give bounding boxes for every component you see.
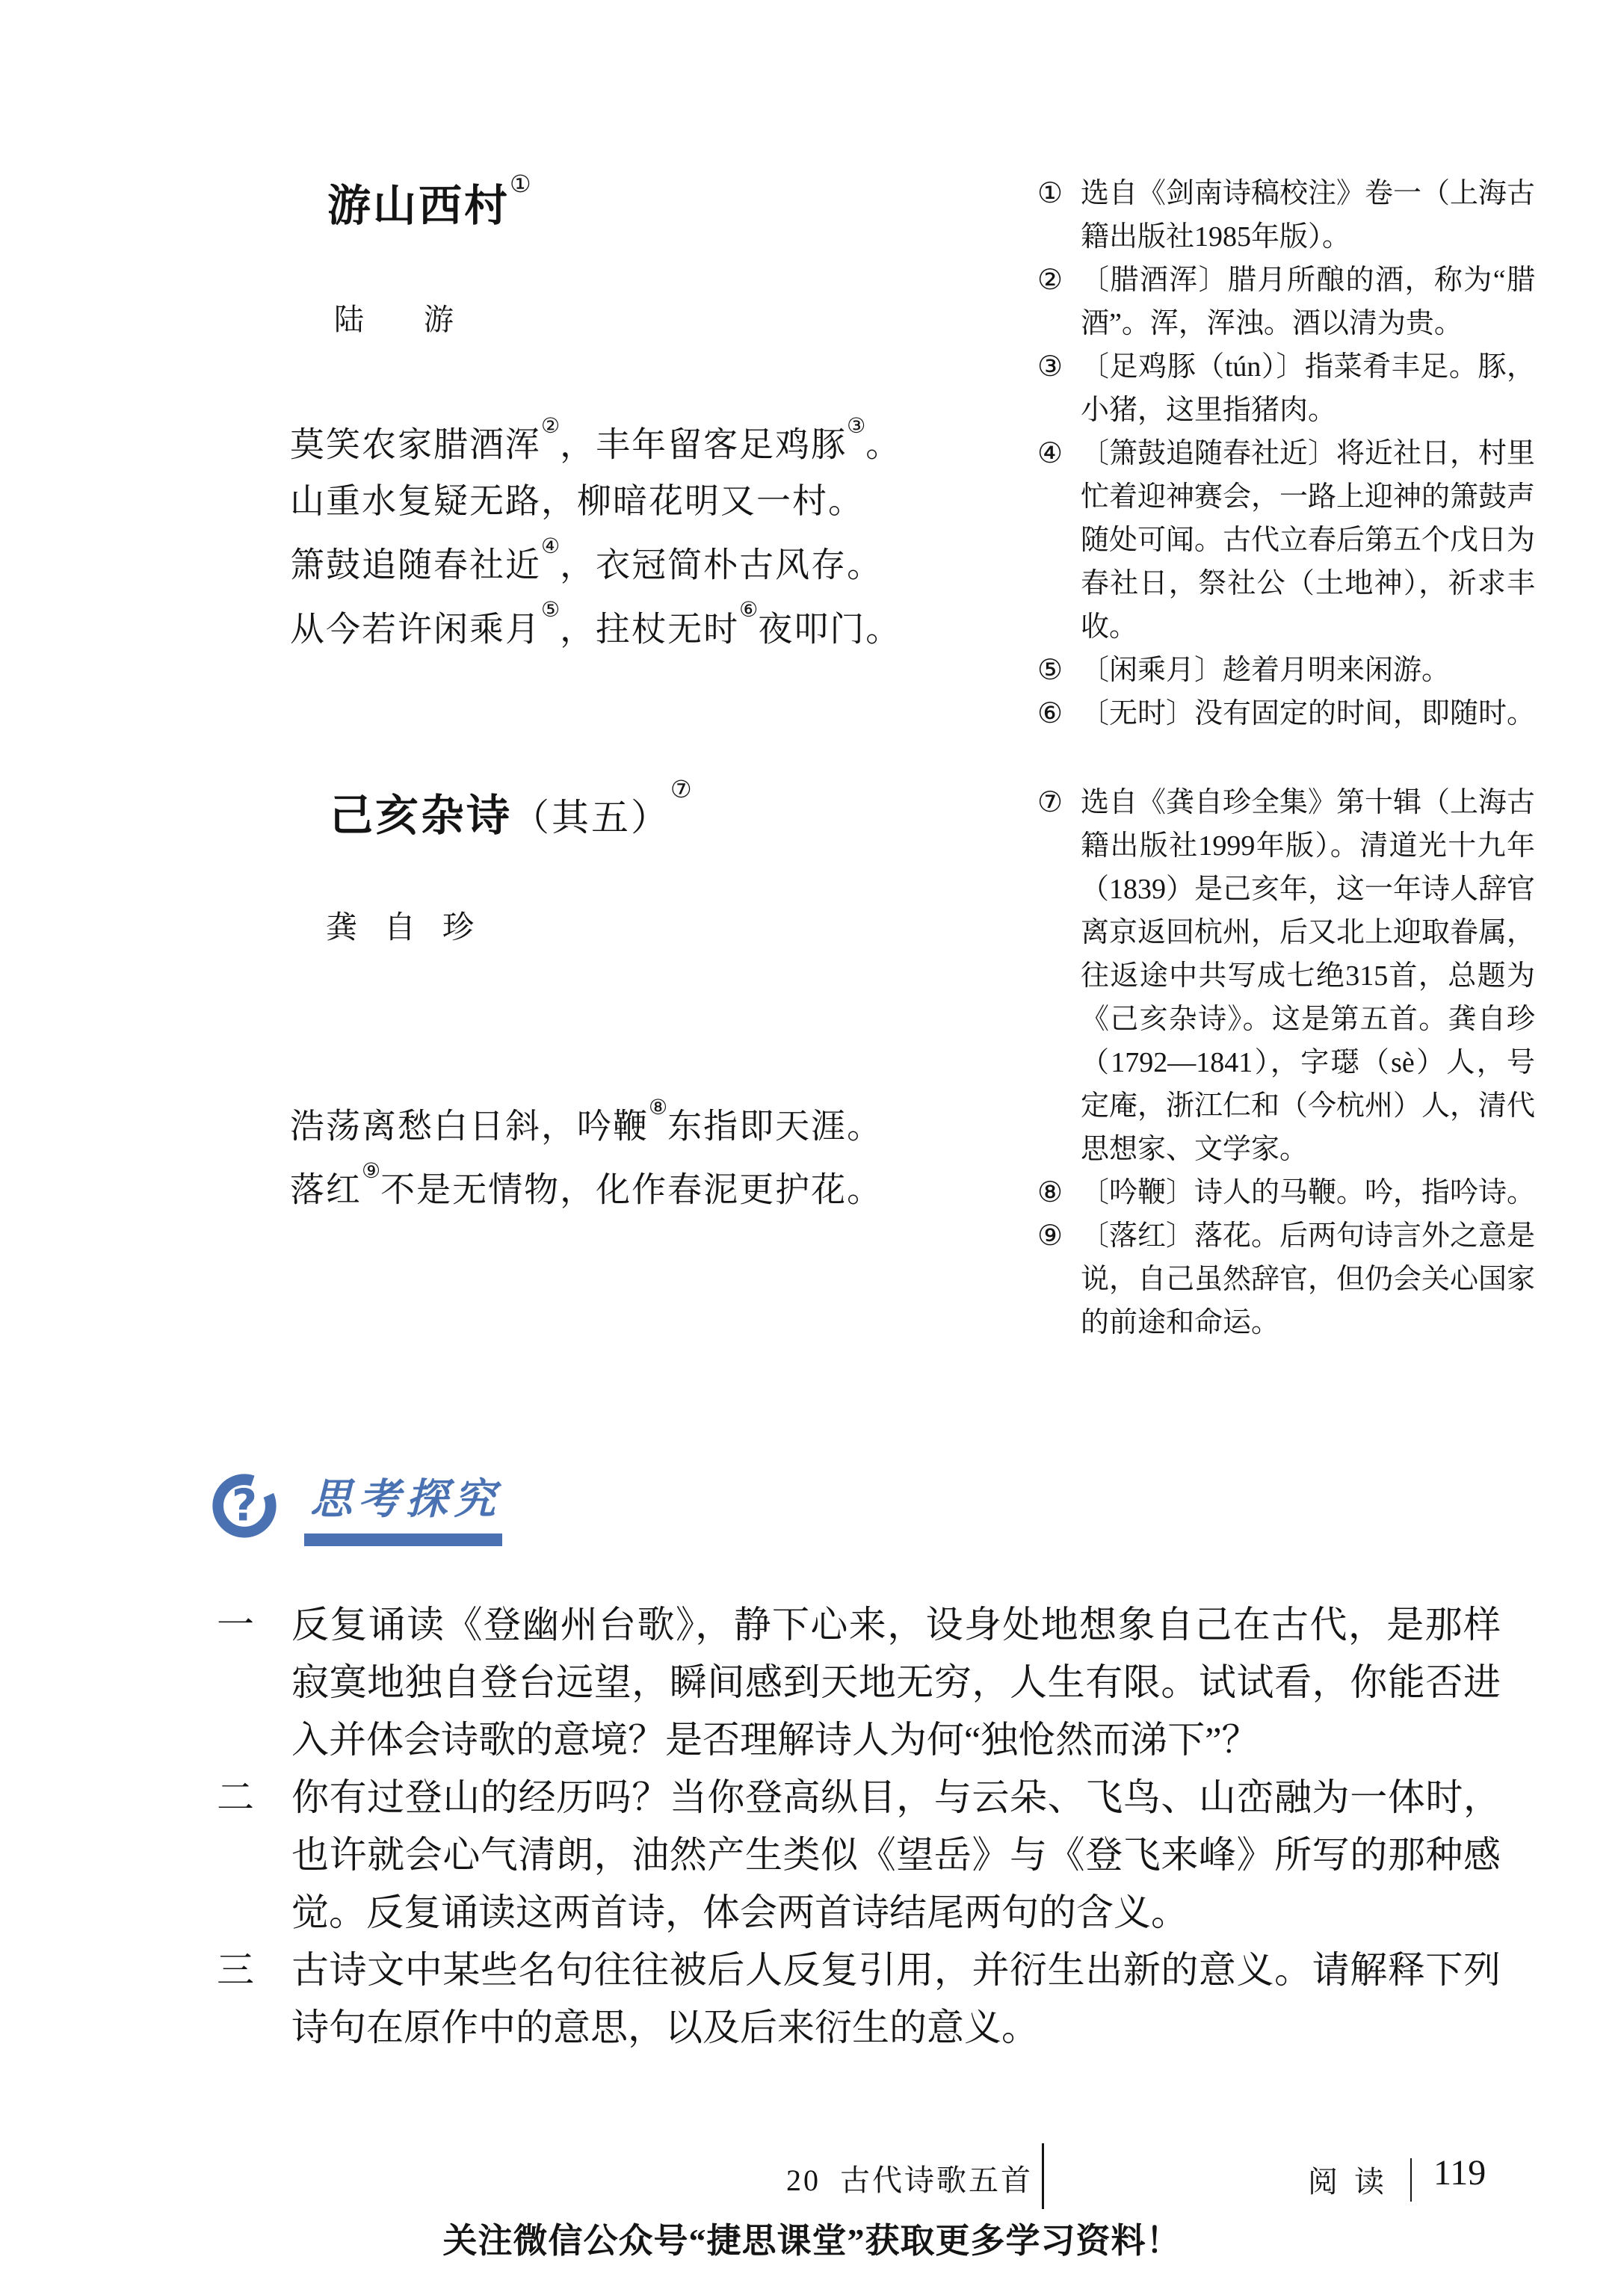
annotation-text: 选自《龚自珍全集》第十辑（上海古籍出版社1999年版）。清道光十九年（1839）… — [1081, 781, 1535, 1171]
annotation-9: ⑨〔落红〕落花。后两句诗言外之意是说，自己虽然辞官，但仍会关心国家的前途和命运。 — [1037, 1214, 1538, 1344]
footer-lesson: 20古代诗歌五首 — [786, 2157, 1033, 2199]
poem1-title: 游山西村① — [327, 170, 531, 233]
annotation-text: 〔腊酒浑〕腊月所酿的酒，称为“腊酒”。浑，浑浊。酒以清为贵。 — [1081, 259, 1535, 345]
question-item-3: 三古诗文中某些名句往往被后人反复引用，并衍生出新的意义。请解释下列诗句在原作中的… — [217, 1942, 1502, 2057]
question-text: 你有过登山的经历吗？当你登高纵目，与云朵、飞鸟、山峦融为一体时，也许就会心气清朗… — [291, 1769, 1501, 1942]
annotation-number: ② — [1037, 259, 1081, 345]
question-mark-circle-icon: ? — [208, 1469, 281, 1542]
annotation-number: ④ — [1037, 432, 1081, 649]
annotation-text: 〔无时〕没有固定的时间，即随时。 — [1081, 692, 1535, 735]
questions-list: 一反复诵读《登幽州台歌》，静下心来，设身处地想象自己在古代，是那样寂寞地独自登台… — [217, 1596, 1502, 2057]
annotation-8: ⑧〔吟鞭〕诗人的马鞭。吟，指吟诗。 — [1037, 1171, 1538, 1214]
poem1-author: 陆 游 — [334, 296, 469, 339]
poem2-title-subtitle: （其五） — [512, 797, 670, 838]
annotation-number: ⑧ — [1037, 1171, 1081, 1214]
annotation-5: ⑤〔闲乘月〕趁着月明来闲游。 — [1037, 649, 1538, 692]
poem1-line-1: 莫笑农家腊酒浑②，丰年留客足鸡豚③。 — [290, 410, 901, 473]
footer-section-label: 阅读 — [1308, 2158, 1401, 2201]
poem1-line-4: 从今若许闲乘月⑤，拄杖无时⑥夜叩门。 — [290, 594, 901, 658]
annotation-text: 〔落红〕落花。后两句诗言外之意是说，自己虽然辞官，但仍会关心国家的前途和命运。 — [1081, 1214, 1535, 1344]
annotation-number: ⑥ — [1037, 692, 1081, 735]
annotation-number: ③ — [1037, 345, 1081, 432]
question-item-2: 二你有过登山的经历吗？当你登高纵目，与云朵、飞鸟、山峦融为一体时，也许就会心气清… — [217, 1769, 1502, 1942]
annotation-number: ⑨ — [1037, 1214, 1081, 1344]
annotation-4: ④〔箫鼓追随春社近〕将近社日，村里忙着迎神赛会，一路上迎神的箫鼓声随处可闻。古代… — [1037, 432, 1538, 649]
annotation-1: ①选自《剑南诗稿校注》卷一（上海古籍出版社1985年版）。 — [1037, 172, 1538, 259]
poem1-line-3: 箫鼓追随春社近④，衣冠简朴古风存。 — [290, 530, 901, 593]
question-text: 古诗文中某些名句往往被后人反复引用，并衍生出新的意义。请解释下列诗句在原作中的意… — [291, 1942, 1501, 2057]
footer-lesson-title: 古代诗歌五首 — [840, 2163, 1033, 2197]
poem2-title-main: 己亥杂诗 — [330, 791, 512, 840]
question-mark-glyph: ? — [232, 1480, 257, 1531]
poem2-title-note-ref: ⑦ — [670, 776, 692, 803]
poem2-text: 浩荡离愁白日斜，吟鞭⑧东指即天涯。 落红⑨不是无情物，化作春泥更护花。 — [290, 1091, 883, 1219]
footer-page-divider — [1410, 2158, 1412, 2202]
annotation-number: ① — [1037, 172, 1081, 259]
question-number: 二 — [217, 1769, 291, 1942]
annotation-text: 〔吟鞭〕诗人的马鞭。吟，指吟诗。 — [1081, 1171, 1535, 1214]
question-item-1: 一反复诵读《登幽州台歌》，静下心来，设身处地想象自己在古代，是那样寂寞地独自登台… — [217, 1596, 1502, 1769]
annotation-6: ⑥〔无时〕没有固定的时间，即随时。 — [1037, 692, 1538, 735]
textbook-page: 游山西村① 陆 游 莫笑农家腊酒浑②，丰年留客足鸡豚③。 山重水复疑无路，柳暗花… — [0, 0, 1624, 2295]
explore-heading-underline — [304, 1533, 502, 1546]
watermark-text: 关注微信公众号“捷思课堂”获取更多学习资料！ — [0, 2214, 1624, 2263]
poem2-line-1: 浩荡离愁白日斜，吟鞭⑧东指即天涯。 — [290, 1091, 883, 1155]
page-number: 119 — [1433, 2152, 1486, 2193]
poem2-title: 己亥杂诗（其五）⑦ — [330, 780, 692, 843]
annotation-text: 〔箫鼓追随春社近〕将近社日，村里忙着迎神赛会，一路上迎神的箫鼓声随处可闻。古代立… — [1081, 432, 1535, 649]
poem1-text: 莫笑农家腊酒浑②，丰年留客足鸡豚③。 山重水复疑无路，柳暗花明又一村。 箫鼓追随… — [290, 410, 901, 658]
explore-section-heading: 思考探究 — [310, 1466, 501, 1526]
annotation-7: ⑦选自《龚自珍全集》第十辑（上海古籍出版社1999年版）。清道光十九年（1839… — [1037, 781, 1538, 1171]
question-text: 反复诵读《登幽州台歌》，静下心来，设身处地想象自己在古代，是那样寂寞地独自登台远… — [291, 1596, 1501, 1769]
poem1-line-2: 山重水复疑无路，柳暗花明又一村。 — [290, 473, 901, 530]
question-number: 一 — [217, 1596, 291, 1769]
poem2-author: 龚自珍 — [326, 903, 501, 948]
annotation-text: 〔闲乘月〕趁着月明来闲游。 — [1081, 649, 1535, 692]
annotation-2: ②〔腊酒浑〕腊月所酿的酒，称为“腊酒”。浑，浑浊。酒以清为贵。 — [1037, 259, 1538, 345]
annotation-text: 〔足鸡豚（tún）〕指菜肴丰足。豚，小猪，这里指猪肉。 — [1081, 345, 1535, 432]
footer-lesson-number: 20 — [786, 2163, 821, 2197]
poem2-annotations: ⑦选自《龚自珍全集》第十辑（上海古籍出版社1999年版）。清道光十九年（1839… — [1037, 781, 1538, 1344]
annotation-number: ⑤ — [1037, 649, 1081, 692]
question-number: 三 — [217, 1942, 291, 2057]
poem1-annotations: ①选自《剑南诗稿校注》卷一（上海古籍出版社1985年版）。 ②〔腊酒浑〕腊月所酿… — [1037, 172, 1538, 735]
poem2-line-2: 落红⑨不是无情物，化作春泥更护花。 — [290, 1155, 883, 1218]
annotation-number: ⑦ — [1037, 781, 1081, 1171]
annotation-text: 选自《剑南诗稿校注》卷一（上海古籍出版社1985年版）。 — [1081, 172, 1535, 259]
annotation-3: ③〔足鸡豚（tún）〕指菜肴丰足。豚，小猪，这里指猪肉。 — [1037, 345, 1538, 432]
footer-divider — [1042, 2143, 1044, 2209]
